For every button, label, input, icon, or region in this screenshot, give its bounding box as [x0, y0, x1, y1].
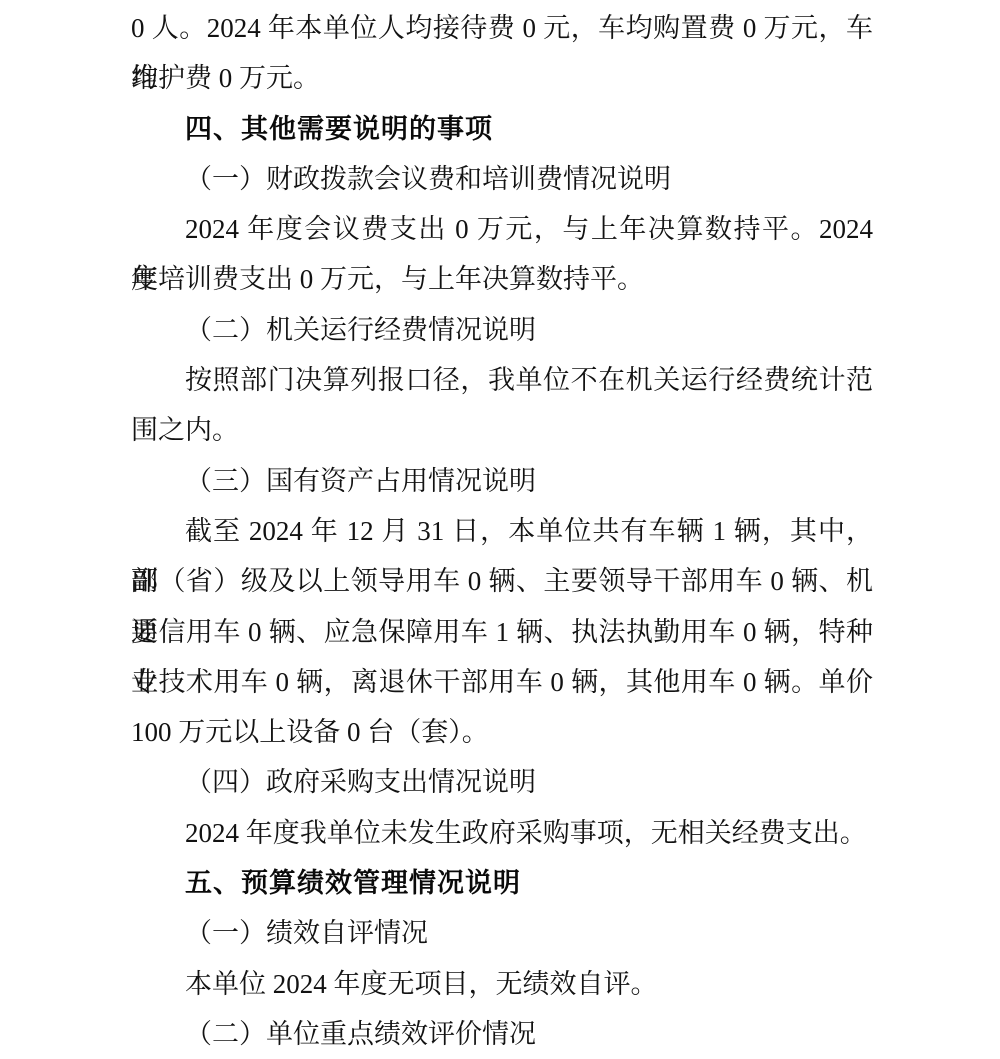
sub-heading: （三）国有资产占用情况说明 [131, 456, 873, 506]
sub-heading: （一）财政拨款会议费和培训费情况说明 [131, 154, 873, 204]
document-line: 业技术用车 0 辆，离退休干部用车 0 辆，其他用车 0 辆。单价 [131, 657, 873, 707]
document-line: 部（省）级及以上领导用车 0 辆、主要领导干部用车 0 辆、机要 [131, 556, 873, 606]
sub-heading: （二）单位重点绩效评价情况 [131, 1009, 873, 1059]
document-page: 0 人。2024 年本单位人均接待费 0 元，车均购置费 0 万元，车均 维护费… [0, 0, 1000, 1059]
document-line: 2024 年度我单位未发生政府采购事项，无相关经费支出。 [131, 808, 873, 858]
document-line: 围之内。 [131, 405, 873, 455]
document-line: 通信用车 0 辆、应急保障用车 1 辆、执法执勤用车 0 辆，特种专 [131, 607, 873, 657]
document-line: 100 万元以上设备 0 台（套）。 [131, 707, 873, 757]
document-line: 2024 年度会议费支出 0 万元，与上年决算数持平。2024 年 [131, 204, 873, 254]
document-line: 0 人。2024 年本单位人均接待费 0 元，车均购置费 0 万元，车均 [131, 3, 873, 53]
document-line: 按照部门决算列报口径，我单位不在机关运行经费统计范 [131, 355, 873, 405]
document-line: 截至 2024 年 12 月 31 日，本单位共有车辆 1 辆，其中，副 [131, 506, 873, 556]
sub-heading: （二）机关运行经费情况说明 [131, 305, 873, 355]
sub-heading: （一）绩效自评情况 [131, 908, 873, 958]
document-text-block: 0 人。2024 年本单位人均接待费 0 元，车均购置费 0 万元，车均 维护费… [131, 3, 873, 1059]
document-line: 度培训费支出 0 万元，与上年决算数持平。 [131, 254, 873, 304]
section-heading-5: 五、预算绩效管理情况说明 [131, 858, 873, 908]
section-heading-4: 四、其他需要说明的事项 [131, 104, 873, 154]
document-line: 维护费 0 万元。 [131, 53, 873, 103]
document-line: 本单位 2024 年度无项目，无绩效自评。 [131, 959, 873, 1009]
sub-heading: （四）政府采购支出情况说明 [131, 757, 873, 807]
